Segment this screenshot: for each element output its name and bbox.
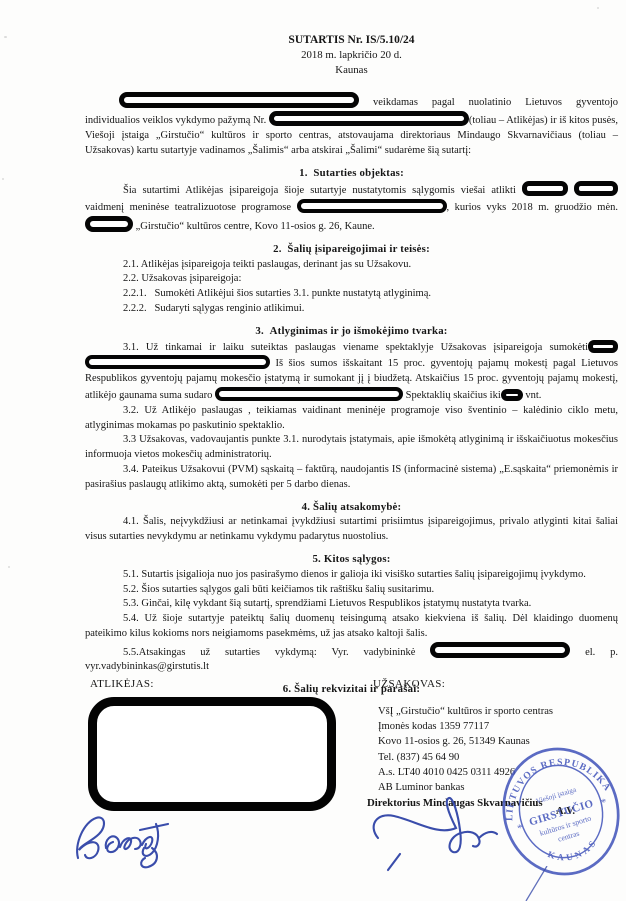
clause-3-3: 3.3 Užsakovas, vadovaujantis punkte 3.1.… [85,433,618,463]
contract-date: 2018 m. lapkričio 20 d. [85,48,618,63]
intro-paragraph: veikdamas pagal nuolatinio Lietuvos gyve… [85,92,618,158]
director-signature-ink [364,786,524,874]
redaction-box [501,389,523,401]
contract-title: SUTARTIS Nr. IS/5.10/24 [85,33,618,48]
clause-2-2-1: 2.2.1. Sumokėti Atlikėjui šios sutarties… [85,287,618,302]
customer-label: UŽSAKOVAS: [373,678,445,690]
clause-5-1: 5.1. Sutartis įsigalioja nuo jos pasiraš… [85,568,618,583]
scanned-contract-page: SUTARTIS Nr. IS/5.10/24 2018 m. lapkriči… [0,0,626,901]
clause-5-4: 5.4. Už šioje sutartyje pateiktų šalių d… [85,612,618,642]
scan-speck [2,178,4,180]
redaction-box [588,340,618,353]
clause-3-1: 3.1. Už tinkamai ir laiku suteiktas pasl… [85,340,618,404]
clause-5-3: 5.3. Ginčai, kilę vykdant šią sutartį, s… [85,597,618,612]
clause-4-1: 4.1. Šalis, neįvykdžiusi ar netinkamai į… [85,515,618,545]
stamp-star-right: * [600,796,609,809]
requisite-company-code: Įmonės kodas 1359 77117 [378,719,553,734]
clause-3-4: 3.4. Pateikus Užsakovui (PVM) sąskaitą –… [85,463,618,493]
section-6-heading: 6. Šalių rekvizitai ir parašai: [85,682,618,697]
requisite-company-name: VšĮ „Girstučio“ kultūros ir sporto centr… [378,704,553,719]
section-3-heading: 3. Atlyginimas ir jo išmokėjimo tvarka: [85,324,618,339]
stray-ink-line [522,866,550,901]
redaction-box [522,181,568,196]
clause-5-5: 5.5.Atsakingas už sutarties vykdymą: Vyr… [85,642,618,676]
clause-3-2: 3.2. Už Atlikėjo paslaugas , teikiamas v… [85,404,618,434]
redaction-box [430,642,570,658]
contract-place: Kaunas [85,63,618,78]
scan-speck [8,566,10,568]
redaction-box [574,181,618,196]
clause-2-2-2: 2.2.2. Sudaryti sąlygas renginio atlikim… [85,302,618,317]
clause-2-2: 2.2. Užsakovas įsipareigoja: [85,272,618,287]
performer-details-redaction-box [88,697,336,811]
requisite-address: Kovo 11-osios g. 26, 51349 Kaunas [378,734,553,749]
performer-label: ATLIKĖJAS: [90,678,154,690]
section-1-paragraph: Šia sutartimi Atlikėjas įsipareigoja šio… [85,181,618,234]
section-5-heading: 5. Kitos sąlygos: [85,552,618,567]
redaction-box [85,355,270,369]
scan-speck [597,7,599,9]
redaction-box [269,111,469,126]
redaction-box [119,92,359,108]
redaction-box [215,387,403,401]
section-4-heading: 4. Šalių atsakomybė: [85,500,618,515]
section-1-heading: 1. Sutarties objektas: [85,166,618,181]
redaction-box [297,199,447,213]
contract-body: SUTARTIS Nr. IS/5.10/24 2018 m. lapkriči… [85,33,618,698]
clause-5-2: 5.2. Šios sutarties sąlygos gali būti ke… [85,583,618,598]
scan-speck [4,36,7,38]
redaction-box [85,216,133,232]
clause-2-1: 2.1. Atlikėjas įsipareigoja teikti pasla… [85,258,618,273]
stamp-line1: Viešoji įstaiga [535,785,578,806]
section-2-heading: 2. Šalių įsipareigojimai ir teisės: [85,242,618,257]
performer-signature-ink [68,800,200,872]
